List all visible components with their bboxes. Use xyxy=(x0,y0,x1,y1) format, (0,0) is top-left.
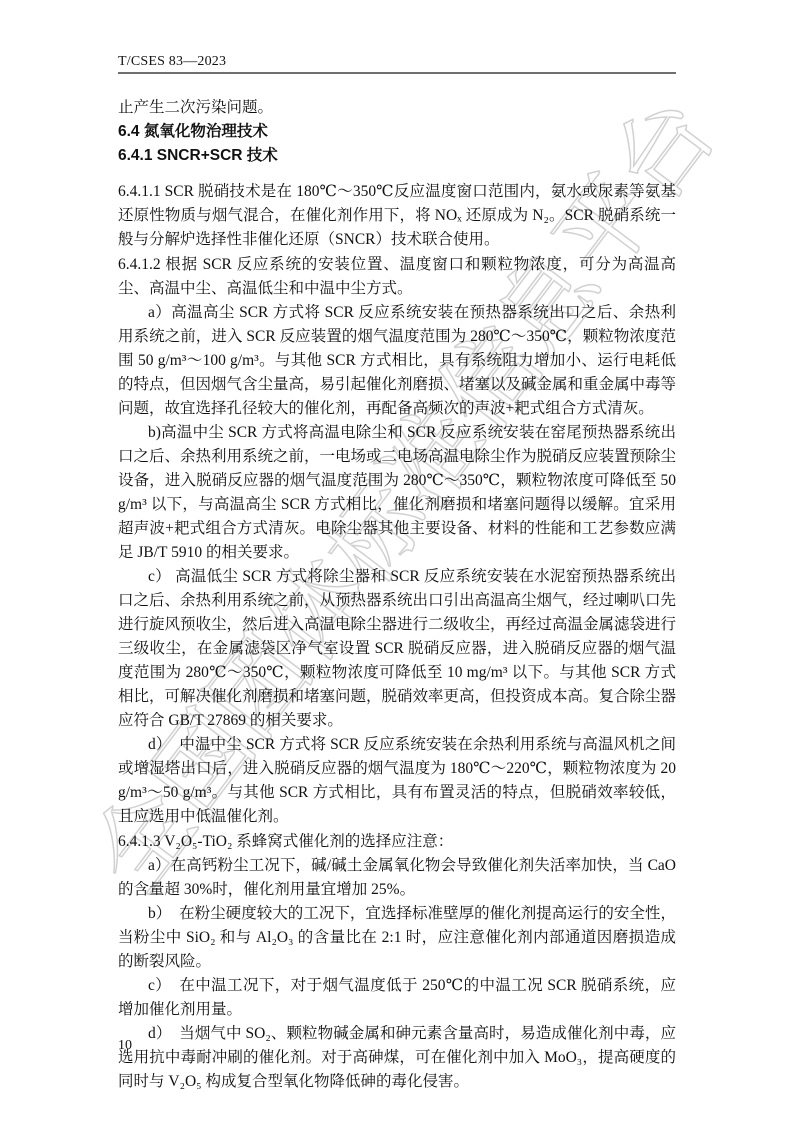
list-item-c-high-temp-low-dust: c） 高温低尘 SCR 方式将除尘器和 SCR 反应系统安装在水泥窑预热器系统出… xyxy=(118,565,676,733)
list-item-b-catalyst: b） 在粉尘硬度较大的工况下，宜选择标准壁厚的催化剂提高运行的安全性，当粉尘中 … xyxy=(118,902,676,974)
page-body: 止产生二次污染问题。 6.4 氮氧化物治理技术 6.4.1 SNCR+SCR 技… xyxy=(118,88,676,1094)
standard-number-header: T/CSES 83—2023 xyxy=(118,54,226,70)
clause-6-4-1-3: 6.4.1.3 V₂O₅-TiO₂ 系蜂窝式催化剂的选择应注意： xyxy=(118,830,676,854)
list-item-a-catalyst: a）在高钙粉尘工况下，碱/碱土金属氧化物会导致催化剂失活率加快，当 CaO 的含… xyxy=(118,854,676,902)
page-number: 10 xyxy=(118,1038,132,1054)
list-item-c-catalyst: c） 在中温工况下，对于烟气温度低于 250℃的中温工况 SCR 脱硝系统，应增… xyxy=(118,974,676,1022)
list-item-a-high-temp-high-dust: a）高温高尘 SCR 方式将 SCR 反应系统安装在预热器系统出口之后、余热利用… xyxy=(118,301,676,421)
list-item-b-high-temp-mid-dust: b)高温中尘 SCR 方式将高温电除尘和 SCR 反应系统安装在窑尾预热器系统出… xyxy=(118,421,676,565)
section-heading-6-4: 6.4 氮氧化物治理技术 xyxy=(118,120,676,144)
header-divider xyxy=(118,72,676,74)
clause-6-4-1-1: 6.4.1.1 SCR 脱硝技术是在 180℃～350℃反应温度窗口范围内，氨水… xyxy=(118,180,676,252)
list-item-d-catalyst: d） 当烟气中 SO₂、颗粒物碱金属和砷元素含量高时，易造成催化剂中毒，应选用抗… xyxy=(118,1022,676,1094)
paragraph-continuation: 止产生二次污染问题。 xyxy=(118,96,676,120)
document-page: 全国团体标准信息平台 T/CSES 83—2023 止产生二次污染问题。 6.4… xyxy=(0,0,794,1123)
clause-6-4-1-2: 6.4.1.2 根据 SCR 反应系统的安装位置、温度窗口和颗粒物浓度，可分为高… xyxy=(118,253,676,301)
list-item-d-mid-temp-mid-dust: d） 中温中尘 SCR 方式将 SCR 反应系统安装在余热利用系统与高温风机之间… xyxy=(118,733,676,829)
subsection-heading-6-4-1: 6.4.1 SNCR+SCR 技术 xyxy=(118,144,676,168)
